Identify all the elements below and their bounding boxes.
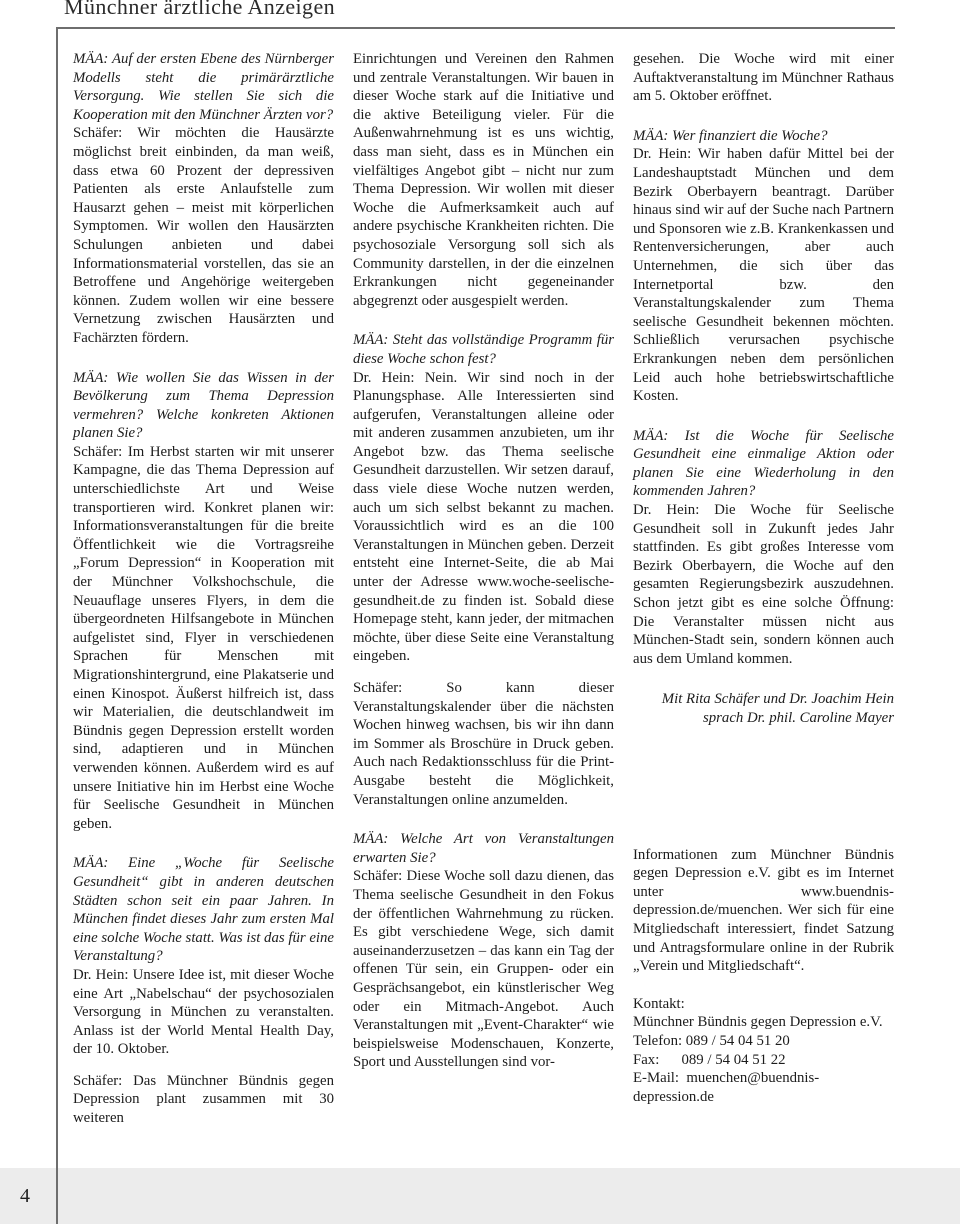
magazine-page: Münchner ärztliche Anzeigen MÄA: Auf der… [0, 0, 960, 1224]
article-column-2: Einrichtungen und Vereinen den Rahmen un… [353, 50, 614, 1128]
info-paragraph: Informationen zum Münchner Bündnis gegen… [633, 846, 894, 976]
interview-question: MÄA: Auf der ersten Ebene des Nürnberger… [73, 50, 334, 124]
interview-answer: gesehen. Die Woche wird mit einer Auftak… [633, 50, 894, 106]
interview-question: MÄA: Ist die Woche für Seelische Gesundh… [633, 427, 894, 501]
interview-answer: Schäfer: Diese Woche soll dazu dienen, d… [353, 867, 614, 1072]
page-number: 4 [20, 1185, 30, 1208]
interview-answer: Dr. Hein: Die Woche für Seelische Gesund… [633, 501, 894, 668]
top-rule [56, 27, 895, 29]
page-title: Münchner ärztliche Anzeigen [64, 0, 335, 20]
article-column-3: gesehen. Die Woche wird mit einer Auftak… [633, 50, 894, 1128]
interview-answer: Schäfer: So kann dieser Veranstaltungska… [353, 679, 614, 809]
interview-question: MÄA: Steht das vollständige Programm für… [353, 331, 614, 368]
interview-answer: Dr. Hein: Unsere Idee ist, mit dieser Wo… [73, 966, 334, 1059]
interview-question: MÄA: Welche Art von Veranstaltungen erwa… [353, 830, 614, 867]
interview-answer: Dr. Hein: Wir haben dafür Mittel bei der… [633, 145, 894, 405]
contact-line: Telefon: 089 / 54 04 51 20 [633, 1032, 894, 1051]
byline: Mit Rita Schäfer und Dr. Joachim Hein sp… [633, 690, 894, 727]
interview-answer: Einrichtungen und Vereinen den Rahmen un… [353, 50, 614, 310]
interview-question: MÄA: Wer finanziert die Woche? [633, 127, 894, 146]
article-columns: MÄA: Auf der ersten Ebene des Nürnberger… [73, 50, 894, 1128]
interview-answer: Schäfer: Das Münchner Bündnis gegen Depr… [73, 1072, 334, 1128]
contact-line: Kontakt: [633, 995, 894, 1014]
article-column-1: MÄA: Auf der ersten Ebene des Nürnberger… [73, 50, 334, 1128]
footer-band: 4 [0, 1168, 960, 1224]
interview-question: MÄA: Wie wollen Sie das Wissen in der Be… [73, 369, 334, 443]
contact-line: Fax: 089 / 54 04 51 22 [633, 1051, 894, 1070]
interview-question: MÄA: Eine „Woche für Seelische Gesundhei… [73, 854, 334, 966]
contact-line: Münchner Bündnis gegen Depression e.V. [633, 1013, 894, 1032]
contact-line: E-Mail: muenchen@buendnis-depression.de [633, 1069, 894, 1106]
left-rule [56, 27, 58, 1224]
interview-answer: Dr. Hein: Nein. Wir sind noch in der Pla… [353, 369, 614, 667]
interview-answer: Schäfer: Wir möchten die Hausärzte mögli… [73, 124, 334, 347]
interview-answer: Schäfer: Im Herbst starten wir mit unser… [73, 443, 334, 833]
